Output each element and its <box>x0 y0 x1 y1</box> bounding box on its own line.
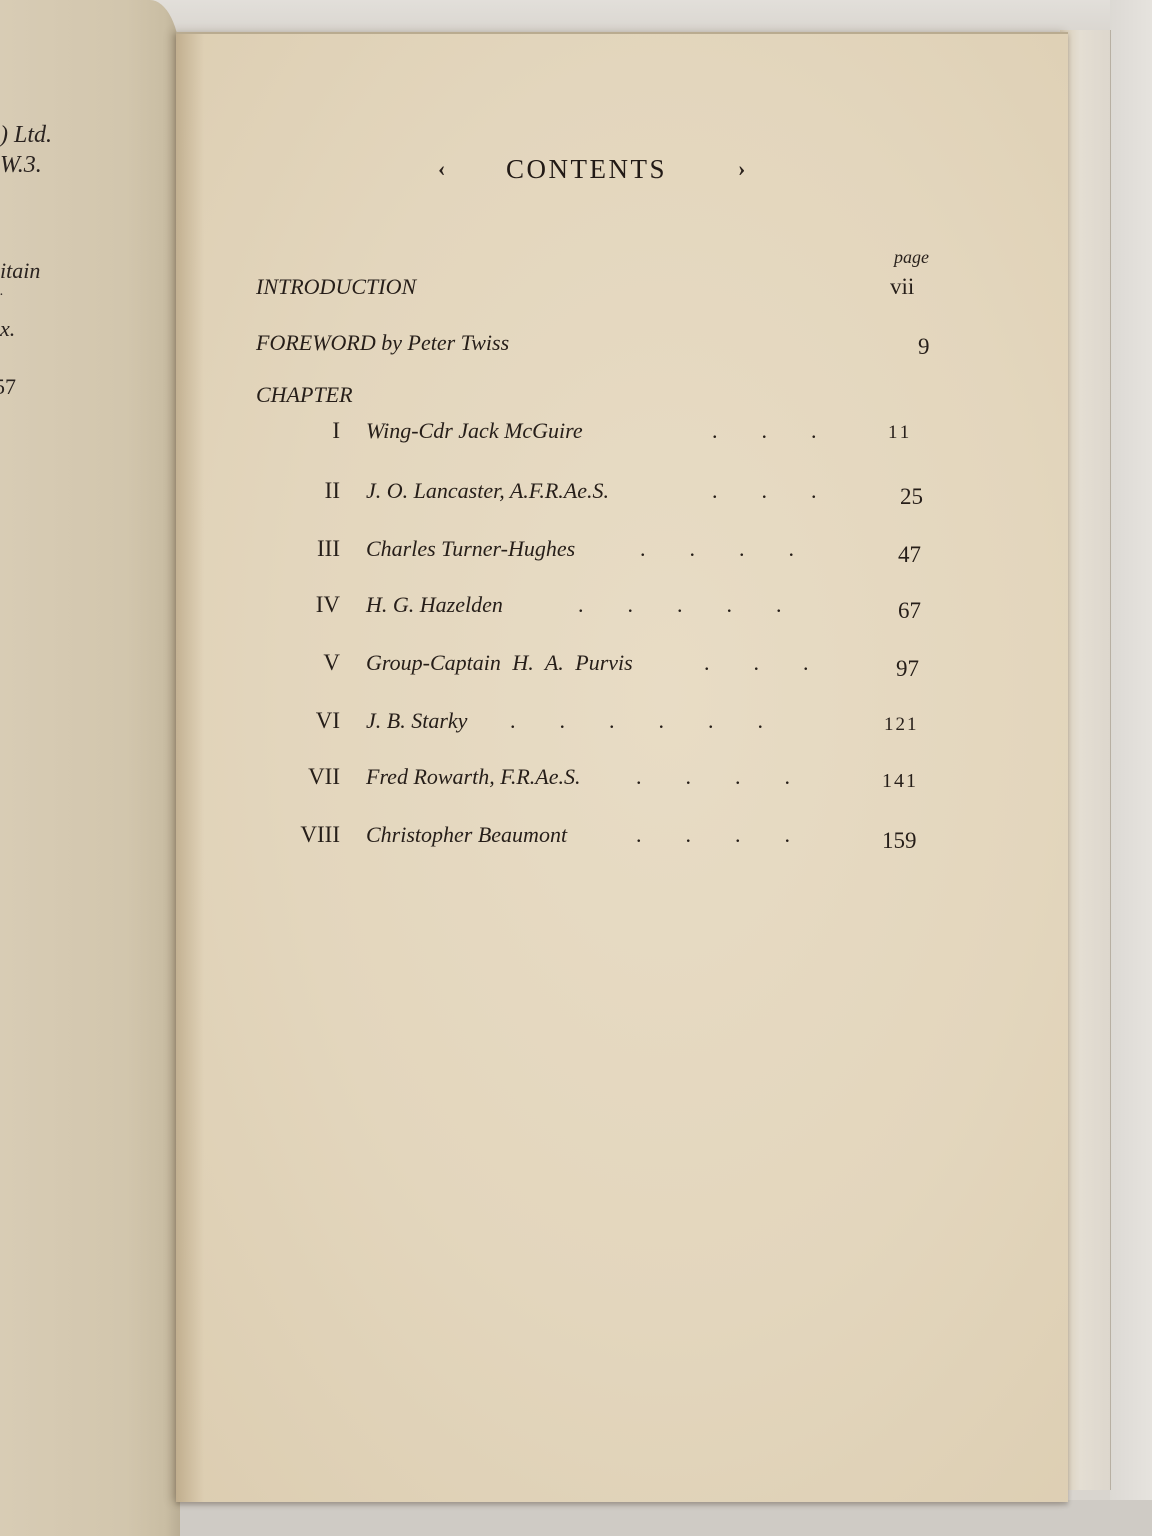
chapter-title: Fred Rowarth, F.R.Ae.S. <box>366 764 580 790</box>
dot-leader: . . . . <box>640 536 794 562</box>
dot-leader: . . . <box>712 418 817 444</box>
chapter-page: 141 <box>882 770 918 793</box>
background-surface-right <box>1110 0 1152 1536</box>
chapter-row: VI J. B. Starky . . . . . . 121 <box>176 708 1068 744</box>
contents-page: ‹ CONTENTS › page INTRODUCTION vii FOREW… <box>176 32 1068 1502</box>
title-row: ‹ CONTENTS › <box>176 154 1068 194</box>
chevron-right-ornament-icon: › <box>738 156 745 182</box>
chapter-row: V Group-Captain H. A. Purvis . . . 97 <box>176 650 1068 686</box>
chapter-page: 159 <box>882 828 917 854</box>
chapter-page: 11 <box>888 422 912 444</box>
chapter-page: 47 <box>898 542 921 568</box>
chapter-page: 121 <box>884 714 919 736</box>
chapter-number: II <box>250 478 340 504</box>
entry-page: 9 <box>918 334 930 360</box>
chapter-number: III <box>250 536 340 562</box>
contents-entry-foreword: FOREWORD by Peter Twiss 9 <box>176 330 1068 366</box>
dot-leader: . . . . . . <box>510 708 763 734</box>
dot-leader: . . . <box>712 478 817 504</box>
left-page-fragment: W.3. <box>0 152 42 179</box>
chapter-number: I <box>250 418 340 444</box>
chapter-row: IV H. G. Hazelden . . . . . 67 <box>176 592 1068 628</box>
left-page-fragment: . <box>0 284 4 300</box>
chapter-page: 97 <box>896 656 919 682</box>
dot-leader: . . . <box>704 650 809 676</box>
chapter-title: Group-Captain H. A. Purvis <box>366 650 633 676</box>
chapter-title: H. G. Hazelden <box>366 592 503 618</box>
chapter-row: III Charles Turner-Hughes . . . . 47 <box>176 536 1068 572</box>
left-page: ) Ltd. W.3. itain . x. 57 <box>0 0 180 1536</box>
chapter-heading: CHAPTER <box>256 382 353 408</box>
chapter-page: 25 <box>900 484 923 510</box>
entry-page: vii <box>890 274 914 300</box>
left-page-fragment: x. <box>0 316 15 342</box>
dot-leader: . . . . <box>636 822 790 848</box>
chapter-number: VII <box>250 764 340 790</box>
chevron-left-ornament-icon: ‹ <box>438 156 445 182</box>
chapter-number: V <box>250 650 340 676</box>
chapter-row: I Wing-Cdr Jack McGuire . . . 11 <box>176 418 1068 454</box>
entry-title: INTRODUCTION <box>256 274 416 300</box>
chapter-row: VII Fred Rowarth, F.R.Ae.S. . . . . 141 <box>176 764 1068 800</box>
chapter-page: 67 <box>898 598 921 624</box>
left-page-fragment: itain <box>0 258 40 284</box>
entry-title: FOREWORD by Peter Twiss <box>256 330 509 356</box>
contents-entry-introduction: INTRODUCTION vii <box>176 274 1068 310</box>
page-title: CONTENTS <box>506 154 667 185</box>
left-page-fragment: ) Ltd. <box>0 122 52 149</box>
dot-leader: . . . . . <box>578 592 782 618</box>
page-column-label: page <box>894 247 929 268</box>
chapter-row: II J. O. Lancaster, A.F.R.Ae.S. . . . 25 <box>176 478 1068 514</box>
left-page-fragment: 57 <box>0 374 16 400</box>
chapter-title: Charles Turner-Hughes <box>366 536 575 562</box>
chapter-number: VI <box>250 708 340 734</box>
chapter-row: VIII Christopher Beaumont . . . . 159 <box>176 822 1068 858</box>
chapter-title: Christopher Beaumont <box>366 822 567 848</box>
chapter-number: IV <box>250 592 340 618</box>
chapter-title: Wing-Cdr Jack McGuire <box>366 418 583 444</box>
dot-leader: . . . . <box>636 764 790 790</box>
chapter-title: J. O. Lancaster, A.F.R.Ae.S. <box>366 478 609 504</box>
chapter-title: J. B. Starky <box>366 708 467 734</box>
chapter-number: VIII <box>250 822 340 848</box>
